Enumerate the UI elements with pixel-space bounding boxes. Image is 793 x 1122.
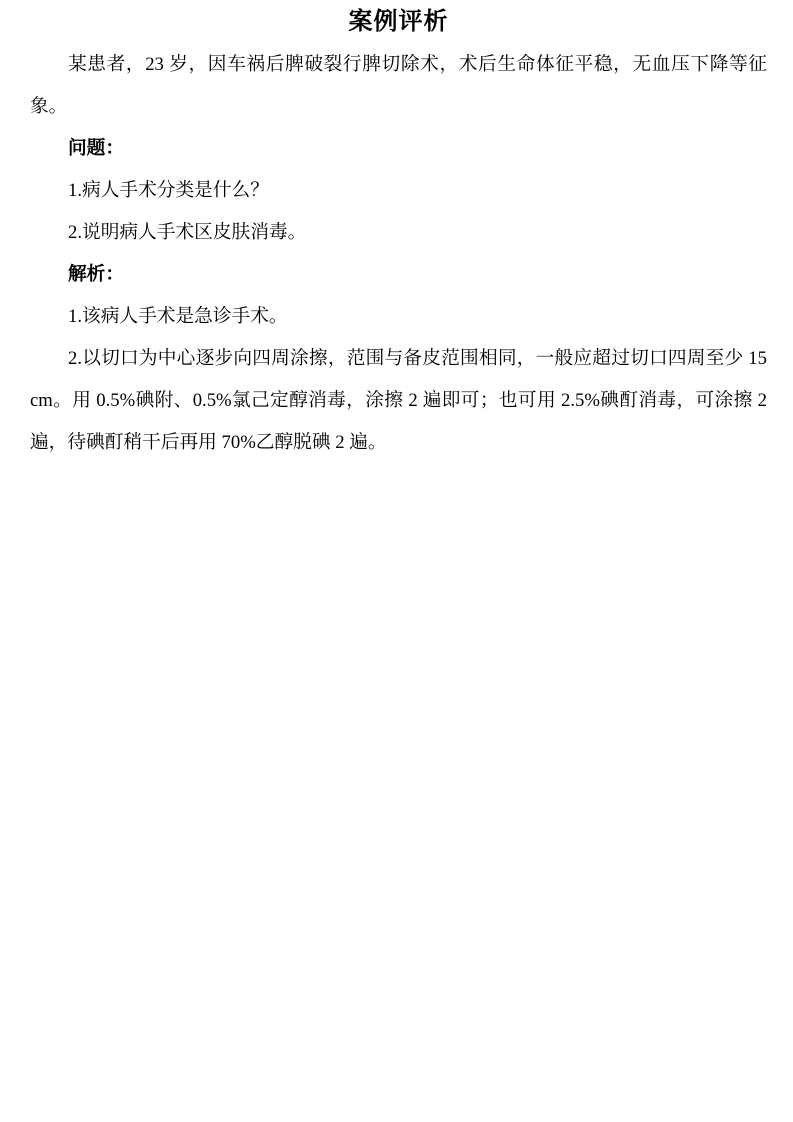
page-title: 案例评析 <box>30 0 767 44</box>
answer-item-1: 1.该病人手术是急诊手术。 <box>30 296 767 338</box>
heading-questions: 问题： <box>30 128 767 170</box>
heading-analysis: 解析： <box>30 254 767 296</box>
paragraph-case-description: 某患者，23 岁，因车祸后脾破裂行脾切除术，术后生命体征平稳，无血压下降等征象。 <box>30 44 767 128</box>
question-item-2: 2.说明病人手术区皮肤消毒。 <box>30 212 767 254</box>
answer-item-2: 2.以切口为中心逐步向四周涂擦，范围与备皮范围相同，一般应超过切口四周至少 15… <box>30 338 767 464</box>
question-item-1: 1.病人手术分类是什么？ <box>30 170 767 212</box>
document-page: 案例评析 某患者，23 岁，因车祸后脾破裂行脾切除术，术后生命体征平稳，无血压下… <box>0 0 793 1122</box>
